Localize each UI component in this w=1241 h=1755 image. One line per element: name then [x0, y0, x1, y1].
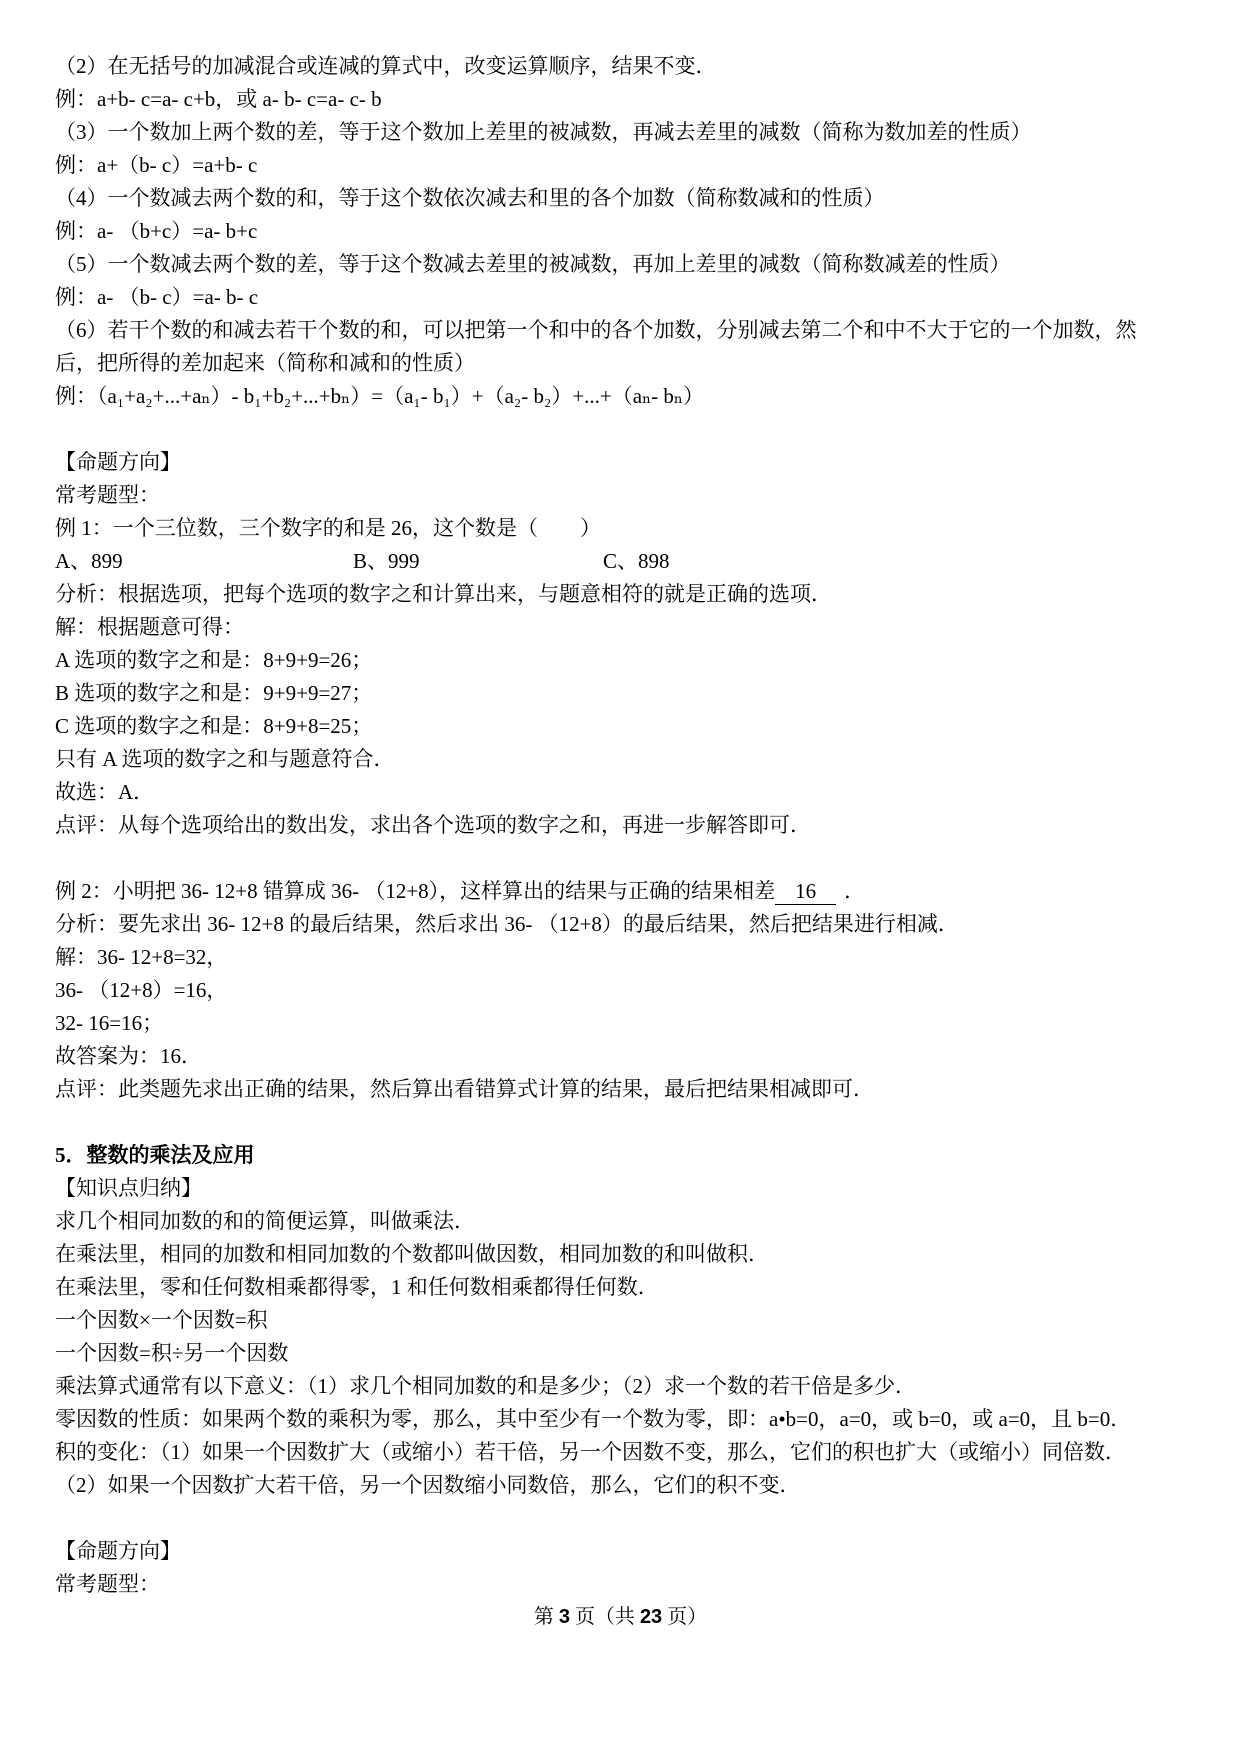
footer-page-number: 3 — [559, 1606, 570, 1628]
example1-answer: 故选：A． — [55, 776, 1195, 809]
section5-k9: （2）如果一个因数扩大若干倍，另一个因数缩小同数倍，那么，它们的积不变． — [55, 1469, 1195, 1502]
rule-2-example: 例：a+b- c=a- c+b，或 a- b- c=a- c- b — [55, 83, 1195, 116]
example1-solve-intro: 解：根据题意可得： — [55, 611, 1195, 644]
example1-sum-c: C 选项的数字之和是：8+9+8=25； — [55, 710, 1195, 743]
section5-title: 5．整数的乘法及应用 — [55, 1139, 1195, 1172]
page-footer: 第 3 页（共 23 页） — [0, 1602, 1241, 1632]
section5-k8: 积的变化：（1）如果一个因数扩大（或缩小）若干倍，另一个因数不变，那么，它们的积… — [55, 1436, 1195, 1469]
proposition1-heading: 【命题方向】 — [55, 446, 1195, 479]
rule-3-example: 例：a+（b- c）=a+b- c — [55, 149, 1195, 182]
document-page: （2）在无括号的加减混合或连减的算式中，改变运算顺序，结果不变． 例：a+b- … — [0, 0, 1241, 1755]
example1-sum-a: A 选项的数字之和是：8+9+9=26； — [55, 644, 1195, 677]
rule-3: （3）一个数加上两个数的差，等于这个数加上差里的被减数，再减去差里的减数（简称为… — [55, 116, 1195, 149]
section5-k4: 一个因数×一个因数=积 — [55, 1304, 1195, 1337]
example1-options-row: A、899 B、999 C、898 — [55, 545, 1195, 578]
example2-step2: 36- （12+8）=16， — [55, 974, 1195, 1007]
proposition2-subheading: 常考题型： — [55, 1568, 1195, 1601]
footer-middle: 页（共 — [570, 1606, 640, 1628]
section5-k7: 零因数的性质：如果两个数的乘积为零，那么，其中至少有一个数为零，即：a•b=0，… — [55, 1403, 1195, 1436]
spacer — [55, 1502, 1195, 1535]
footer-suffix: 页） — [662, 1606, 707, 1628]
proposition1-subheading: 常考题型： — [55, 479, 1195, 512]
section5-k3: 在乘法里，零和任何数相乘都得零，1 和任何数相乘都得任何数． — [55, 1271, 1195, 1304]
section5-knowledge-heading: 【知识点归纳】 — [55, 1172, 1195, 1205]
example2-question-suffix: ． — [844, 879, 865, 903]
example2-question: 例 2：小明把 36- 12+8 错算成 36- （12+8），这样算出的结果与… — [55, 875, 1195, 908]
spacer — [55, 842, 1195, 875]
example1-option-a: A、899 — [55, 545, 123, 578]
example2-step3: 32- 16=16； — [55, 1007, 1195, 1040]
rule-5-example: 例：a- （b- c）=a- b- c — [55, 281, 1195, 314]
example2-comment: 点评：此类题先求出正确的结果，然后算出看错算式计算的结果，最后把结果相减即可． — [55, 1073, 1195, 1106]
rule-5: （5）一个数减去两个数的差，等于这个数减去差里的被减数，再加上差里的减数（简称数… — [55, 248, 1195, 281]
example1-sum-b: B 选项的数字之和是：9+9+9=27； — [55, 677, 1195, 710]
footer-total-pages: 23 — [640, 1606, 662, 1628]
example1-option-b: B、999 — [353, 545, 420, 578]
spacer — [55, 413, 1195, 446]
example1-analysis: 分析：根据选项，把每个选项的数字之和计算出来，与题意相符的就是正确的选项． — [55, 578, 1195, 611]
rule-6-example: 例：（a₁+a₂+...+aₙ）- b₁+b₂+...+bₙ）=（a₁- b₁）… — [55, 380, 1195, 413]
rule-4: （4）一个数减去两个数的和，等于这个数依次减去和里的各个加数（简称数减和的性质） — [55, 182, 1195, 215]
example1-question: 例 1：一个三位数，三个数字的和是 26，这个数是（ ） — [55, 512, 1195, 545]
section5-k1: 求几个相同加数的和的简便运算，叫做乘法． — [55, 1205, 1195, 1238]
example2-analysis: 分析：要先求出 36- 12+8 的最后结果，然后求出 36- （12+8）的最… — [55, 908, 1195, 941]
rule-6-line2: 后，把所得的差加起来（简称和减和的性质） — [55, 347, 1195, 380]
rule-2: （2）在无括号的加减混合或连减的算式中，改变运算顺序，结果不变． — [55, 50, 1195, 83]
example2-step1: 解：36- 12+8=32， — [55, 941, 1195, 974]
example2-question-prefix: 例 2：小明把 36- 12+8 错算成 36- （12+8），这样算出的结果与… — [55, 879, 775, 903]
footer-prefix: 第 — [534, 1606, 559, 1628]
rule-4-example: 例：a- （b+c）=a- b+c — [55, 215, 1195, 248]
rule-6-line1: （6）若干个数的和减去若干个数的和，可以把第一个和中的各个加数，分别减去第二个和… — [55, 314, 1195, 347]
example2-blank-answer: 16 — [775, 878, 836, 905]
example1-comment: 点评：从每个选项给出的数出发，求出各个选项的数字之和，再进一步解答即可． — [55, 809, 1195, 842]
document-body: （2）在无括号的加减混合或连减的算式中，改变运算顺序，结果不变． 例：a+b- … — [55, 50, 1195, 1601]
spacer — [55, 1106, 1195, 1139]
example2-answer: 故答案为：16． — [55, 1040, 1195, 1073]
section5-k5: 一个因数=积÷另一个因数 — [55, 1337, 1195, 1370]
proposition2-heading: 【命题方向】 — [55, 1535, 1195, 1568]
example1-option-c: C、898 — [603, 545, 670, 578]
section5-k6: 乘法算式通常有以下意义：（1）求几个相同加数的和是多少；（2）求一个数的若干倍是… — [55, 1370, 1195, 1403]
section5-k2: 在乘法里，相同的加数和相同加数的个数都叫做因数，相同加数的和叫做积． — [55, 1238, 1195, 1271]
example1-conclusion: 只有 A 选项的数字之和与题意符合． — [55, 743, 1195, 776]
